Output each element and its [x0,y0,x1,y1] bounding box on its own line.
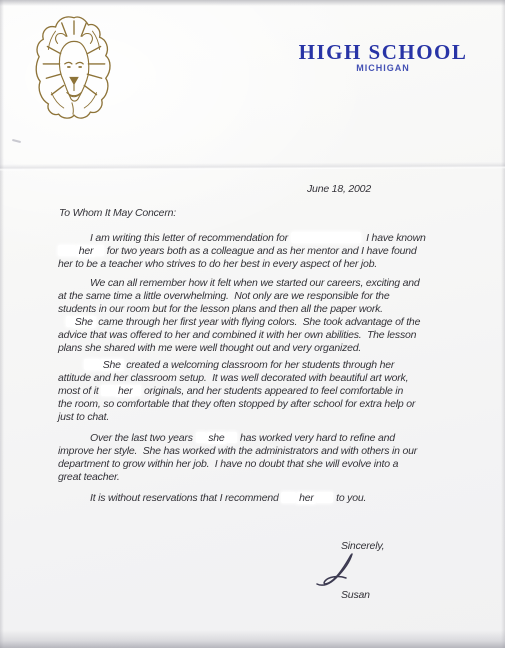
paragraph: She created a welcoming classroom for he… [58,359,470,424]
paragraph: Over the last two years she has worked v… [58,432,470,484]
redaction-box [96,245,104,256]
redaction-box [196,432,206,443]
letter-line: students in our room but for the lesson … [58,303,470,316]
letter-text: She [72,316,96,328]
letter-text: great teacher. [58,471,120,483]
scan-speck [12,139,21,143]
redaction-box [101,385,115,396]
letter-text: originals, and her students appeared to … [141,385,403,397]
redaction-box [84,359,100,370]
redaction-box [316,492,333,503]
paragraph: I am writing this letter of recommendati… [58,232,470,271]
letter-date: June 18, 2002 [307,183,371,196]
salutation: To Whom It May Concern: [59,207,176,220]
letter-text: her to be a teacher who strives to do he… [58,258,377,270]
lion-crest-icon [33,12,115,122]
letter-line: Over the last two years she has worked v… [58,432,470,445]
redaction-box [291,232,361,243]
letter-body: I am writing this letter of recommendati… [58,220,470,505]
school-location: MICHIGAN [278,63,488,73]
letter-line: improve her style. She has worked with t… [58,445,470,458]
letter-text: the room, so comfortable that they often… [58,398,415,410]
redaction-box [58,245,76,256]
redaction-box [227,432,237,443]
letter-text: I have known [361,232,426,244]
letter-text: I am writing this letter of recommendati… [90,232,291,244]
letter-text: advice that was offered to her and combi… [58,329,416,341]
redaction-box [281,492,296,503]
scan-edge-right [501,0,505,648]
letter-line: It is without reservations that I recomm… [58,492,470,505]
letter-line: She created a welcoming classroom for he… [58,359,470,372]
letter-text: plans she shared with me were well thoug… [58,342,361,354]
letter-line: attitude and her classroom setup. It was… [58,372,470,385]
letter-text: has worked very hard to refine and [237,432,395,444]
scan-edge-bottom [0,630,505,648]
letter-text: It is without reservations that I recomm… [90,492,281,504]
letter-text: at the same time a little overwhelming. … [58,290,389,302]
letter-line: advice that was offered to her and combi… [58,329,470,342]
paragraph: It is without reservations that I recomm… [58,492,470,505]
signer-name: Susan [341,589,370,602]
paper-fold-crease [0,162,505,171]
letter-line: department to grow within her job. I hav… [58,458,470,471]
letter-text: her [296,492,316,504]
letter-text: her [76,245,96,257]
letter-line: just to chat. [58,411,470,424]
letter-text: just to chat. [58,411,109,423]
scanned-letter-page: HIGH SCHOOL MICHIGAN June 18, 2002 To Wh… [0,0,505,648]
letter-text: came through her first year with flying … [96,316,421,328]
letter-text: department to grow within her job. I hav… [58,458,398,470]
letter-text: Over the last two years [90,432,196,444]
letter-text: to you. [333,492,366,504]
letter-text: most of it [58,385,101,397]
letter-line: We can all remember how it felt when we … [58,277,470,290]
letter-line: most of it her originals, and her studen… [58,385,470,398]
scan-edge-top [0,0,505,6]
letter-line: at the same time a little overwhelming. … [58,290,470,303]
letter-line: her to be a teacher who strives to do he… [58,258,470,271]
letter-text: She [100,359,124,371]
letter-text: created a welcoming classroom for her st… [124,359,395,371]
letter-text: students in our room but for the lesson … [58,303,383,315]
letter-text: attitude and her classroom setup. It was… [58,372,408,384]
letter-line: the room, so comfortable that they often… [58,398,470,411]
letter-text: she [206,432,228,444]
letter-line: She came through her first year with fly… [58,316,470,329]
paragraph: We can all remember how it felt when we … [58,277,470,355]
letter-text: improve her style. She has worked with t… [58,445,417,457]
letter-text: her [115,385,135,397]
letter-text: We can all remember how it felt when we … [90,277,420,289]
school-name: HIGH SCHOOL [278,40,488,65]
scan-edge-left [0,0,4,648]
letter-text: for two years both as a colleague and as… [104,245,417,257]
letter-line: plans she shared with me were well thoug… [58,342,470,355]
letter-line: great teacher. [58,471,470,484]
letter-line: her for two years both as a colleague an… [58,245,470,258]
letter-line: I am writing this letter of recommendati… [58,232,470,245]
